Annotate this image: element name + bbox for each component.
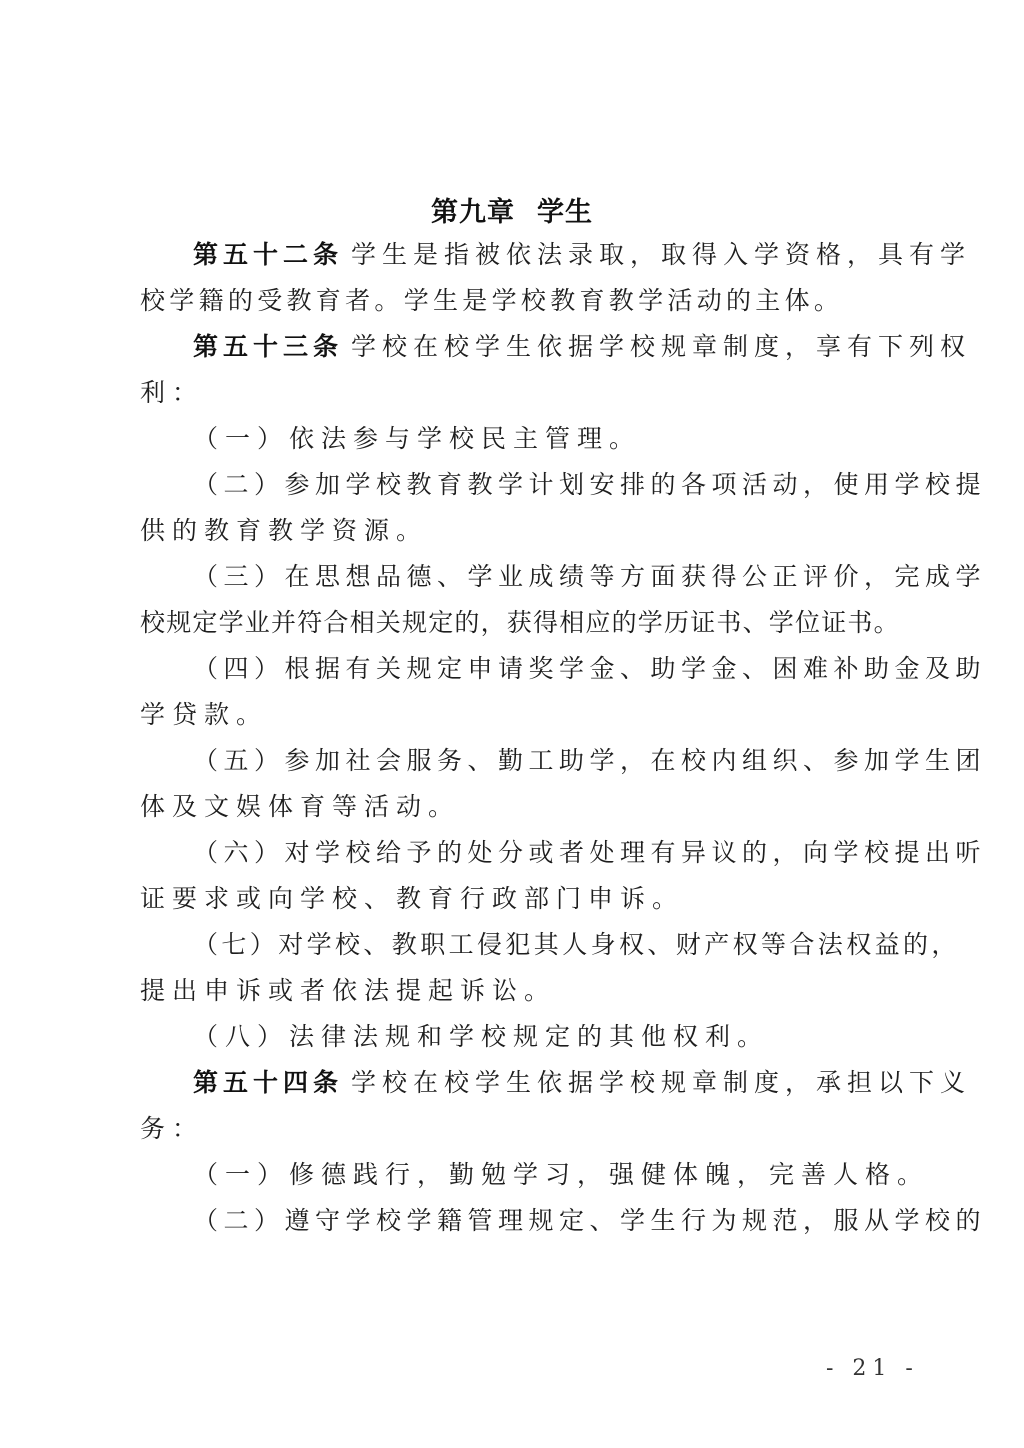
article-53-item-4-line-2: 学贷款。: [140, 698, 900, 732]
page-number: - 21 -: [826, 1356, 919, 1381]
article-53-item-7-line-1: （七）对学校、教职工侵犯其人身权、财产权等合法权益的，: [193, 928, 953, 962]
article-53-item-2-line-2: 供的教育教学资源。: [140, 514, 900, 548]
document-page: 第九章学生 第五十二条学生是指被依法录取，取得入学资格，具有学 校学籍的受教育者…: [0, 0, 1024, 1448]
article-53-item-3-line-2: 校规定学业并符合相关规定的，获得相应的学历证书、学位证书。: [140, 606, 900, 640]
article-53-item-6-line-2: 证要求或向学校、教育行政部门申诉。: [140, 882, 900, 916]
article-53-item-8: （八）法律法规和学校规定的其他权利。: [193, 1020, 953, 1054]
chapter-name: 学生: [537, 197, 593, 228]
article-54-line-2: 务：: [140, 1112, 900, 1146]
article-53-item-5-line-1: （五）参加社会服务、勤工助学，在校内组织、参加学生团: [193, 744, 953, 778]
article-54-line-1: 第五十四条学校在校学生依据学校规章制度，承担以下义: [193, 1066, 953, 1100]
article-53-label: 第五十三条: [193, 332, 343, 361]
article-53-item-2-line-1: （二）参加学校教育教学计划安排的各项活动，使用学校提: [193, 468, 953, 502]
article-53-item-6-line-1: （六）对学校给予的处分或者处理有异议的，向学校提出听: [193, 836, 953, 870]
chapter-number: 第九章: [431, 197, 515, 228]
article-54-item-2-line-1: （二）遵守学校学籍管理规定、学生行为规范，服从学校的: [193, 1204, 953, 1238]
article-53-item-4-line-1: （四）根据有关规定申请奖学金、助学金、困难补助金及助: [193, 652, 953, 686]
article-53-line-1: 第五十三条学校在校学生依据学校规章制度，享有下列权: [193, 330, 953, 364]
article-54-item-1: （一）修德践行，勤勉学习，强健体魄，完善人格。: [193, 1158, 953, 1192]
article-52-line-2: 校学籍的受教育者。学生是学校教育教学活动的主体。: [140, 284, 900, 318]
article-53-item-5-line-2: 体及文娱体育等活动。: [140, 790, 900, 824]
chapter-title: 第九章学生: [0, 190, 1024, 229]
article-53-line-2: 利：: [140, 376, 900, 410]
article-54-label: 第五十四条: [193, 1068, 343, 1097]
article-53-item-3-line-1: （三）在思想品德、学业成绩等方面获得公正评价，完成学: [193, 560, 953, 594]
article-53-item-7-line-2: 提出申诉或者依法提起诉讼。: [140, 974, 900, 1008]
article-52-label: 第五十二条: [193, 240, 343, 269]
article-52-line-1: 第五十二条学生是指被依法录取，取得入学资格，具有学: [193, 238, 953, 272]
article-53-item-1: （一）依法参与学校民主管理。: [193, 422, 953, 456]
